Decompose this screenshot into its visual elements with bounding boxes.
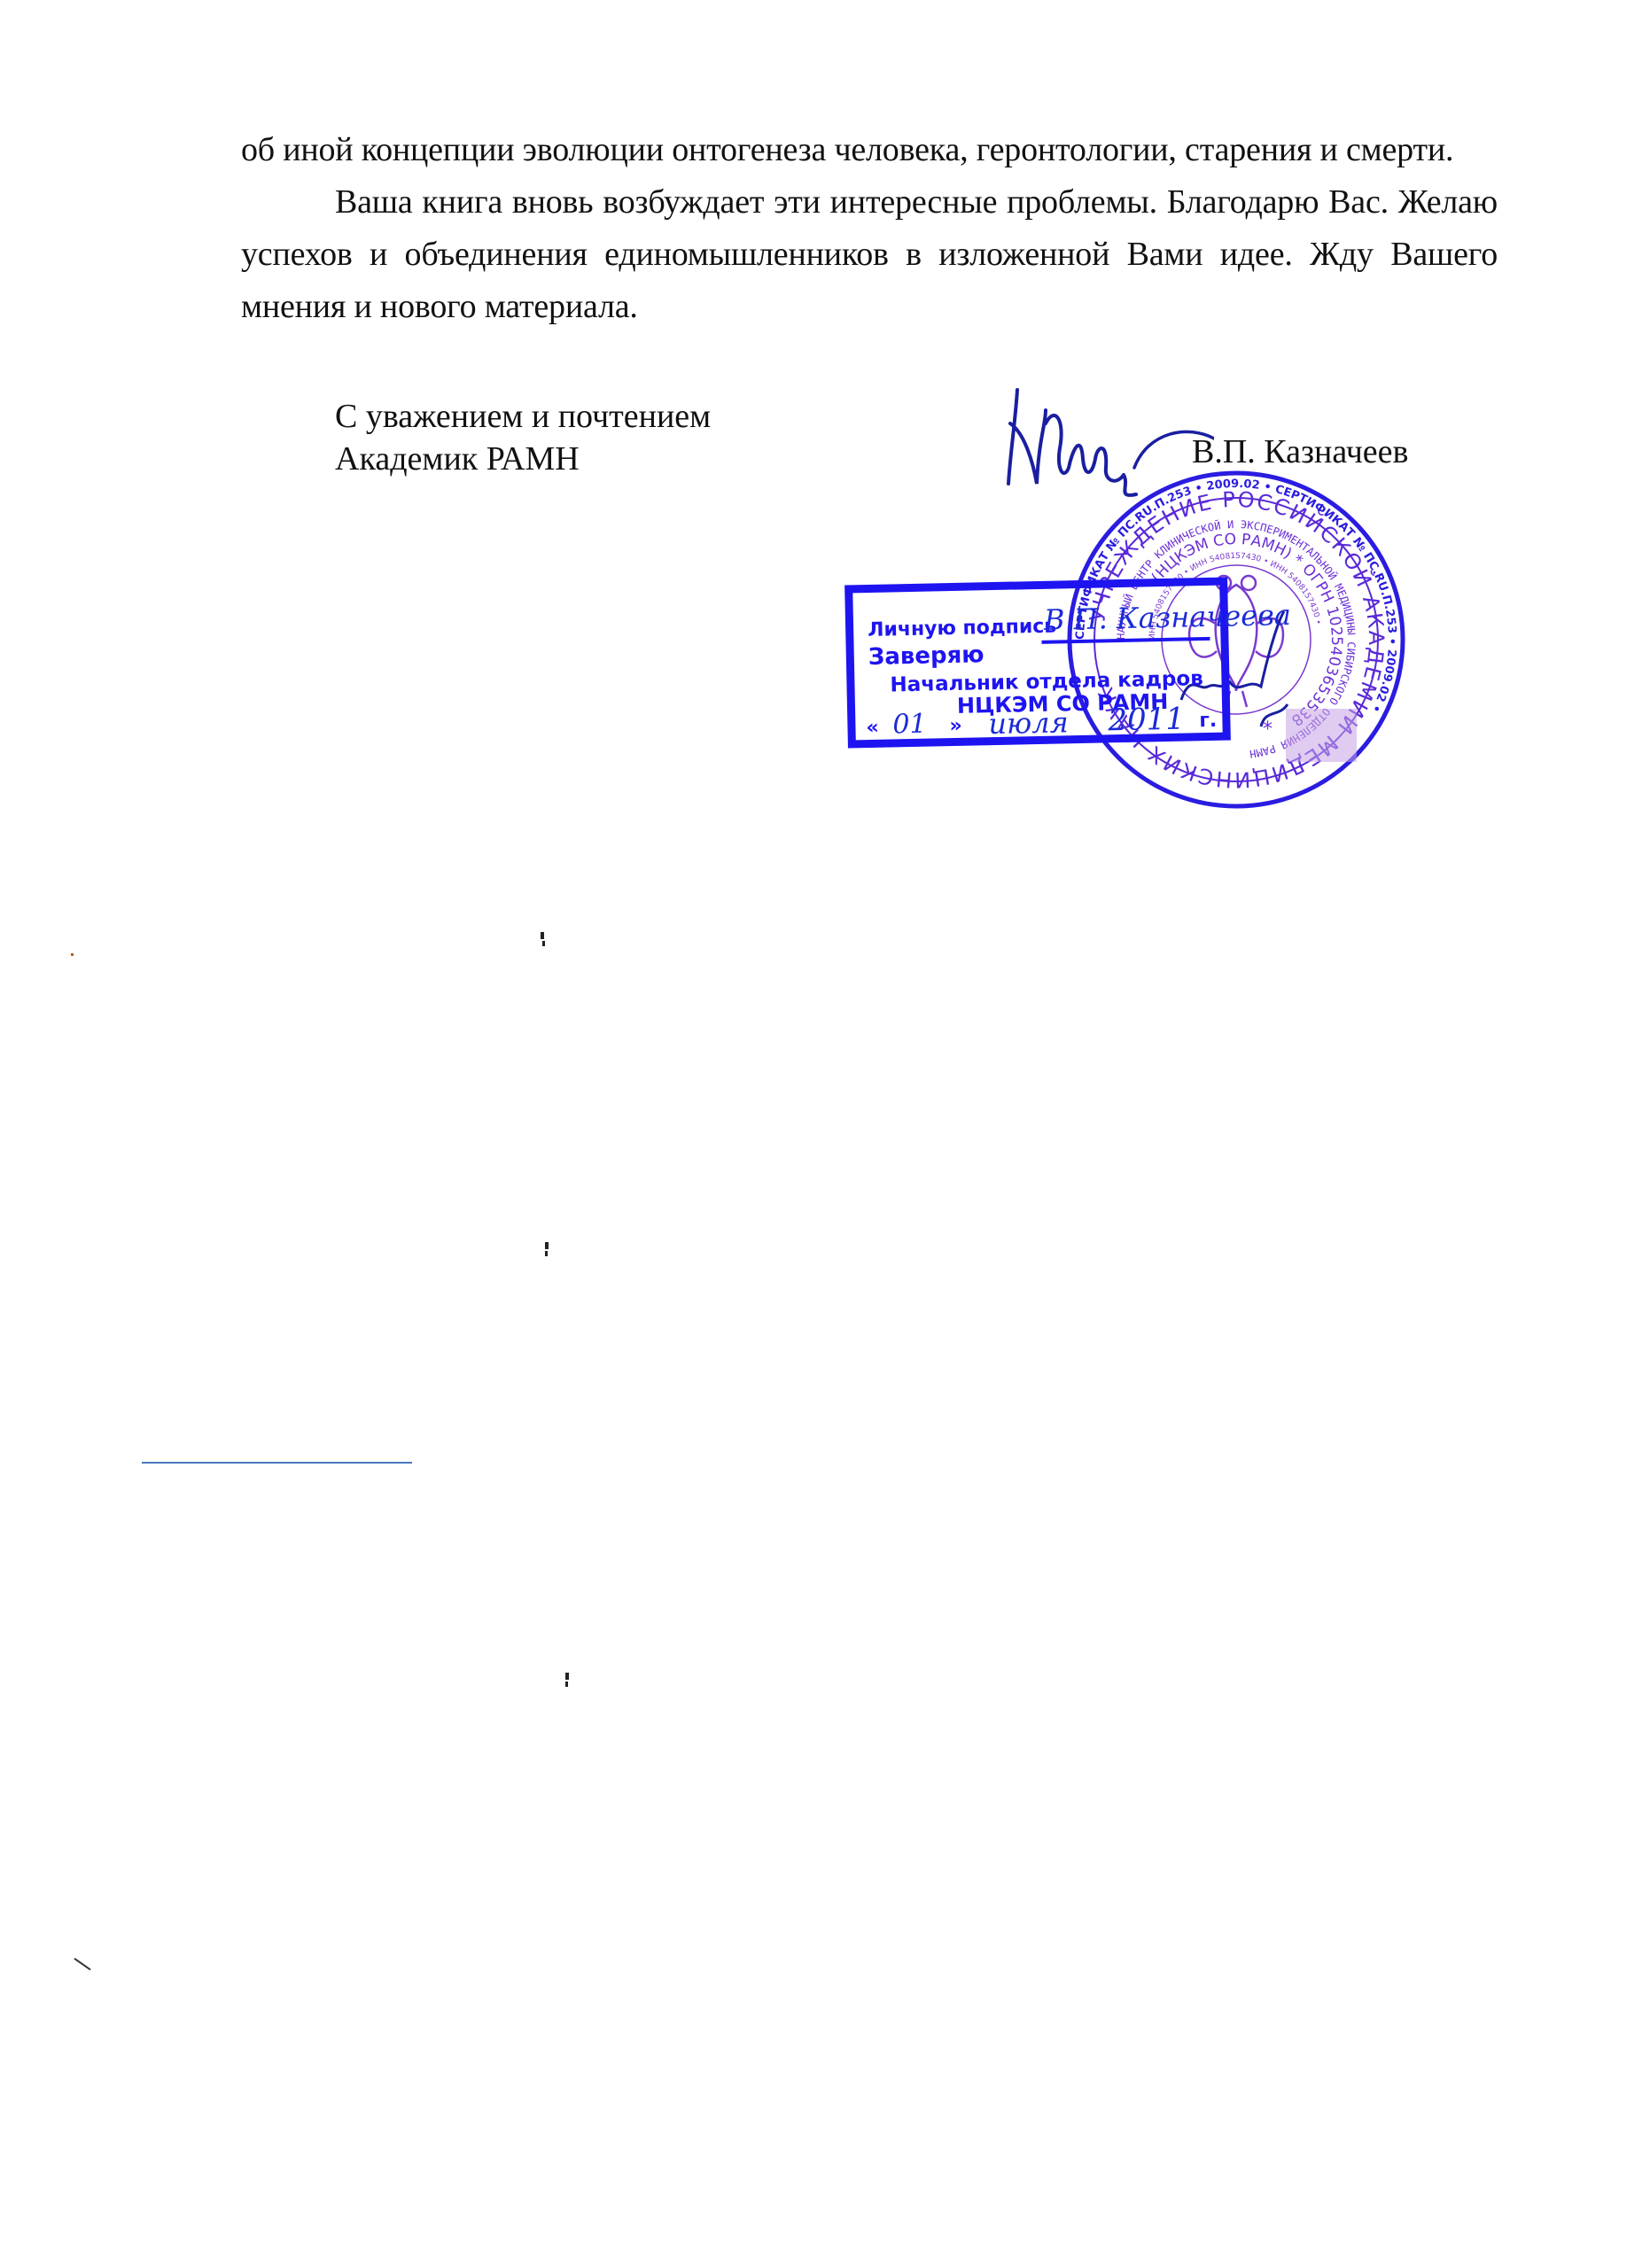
stamp-date-month: июля [988,705,1069,741]
letter-body: об иной концепции эволюции онтогенеза че… [241,124,1498,333]
stamp-date-year: 2011 [1108,702,1185,739]
signer-name: В.П. Казначеев [1192,432,1408,471]
stamp-label-certify: Заверяю [868,641,985,671]
paragraph-1: об иной концепции эволюции онтогенеза че… [241,124,1498,176]
stamp-date-close-quote: » [949,715,962,737]
stamp-date-day: 01 [892,709,927,741]
scan-speck [541,932,544,939]
stamp-label-personal-signature: Личную подпись [868,616,1057,641]
stamp-date-open-quote: « [866,717,879,739]
scan-speck [71,953,74,956]
closing-line-regards: С уважением и почтением [335,395,711,438]
scan-speck [545,1242,549,1249]
certification-stamp: Личную подпись В.П. Казначеева Заверяю Н… [844,577,1231,748]
scan-speck [74,1958,90,1970]
stamp-name-underline [1041,637,1210,644]
scan-speck [545,1251,548,1256]
scan-speck [565,1682,568,1687]
scan-speck [542,941,545,946]
scan-speck [565,1673,569,1680]
stamp-handwritten-name: В.П. Казначеева [1044,598,1292,637]
stamp-day-underline [888,740,943,744]
scan-line-artifact [142,1462,412,1464]
scanned-letter-page: об иной концепции эволюции онтогенеза че… [0,0,1650,2268]
paragraph-2: Ваша книга вновь возбуждает эти интересн… [241,176,1498,333]
closing-line-title: Академик РАМН [335,438,711,480]
stamp-date-suffix: г. [1199,710,1217,732]
closing-block: С уважением и почтением Академик РАМН [335,395,711,480]
svg-text:*: * [1263,718,1273,741]
